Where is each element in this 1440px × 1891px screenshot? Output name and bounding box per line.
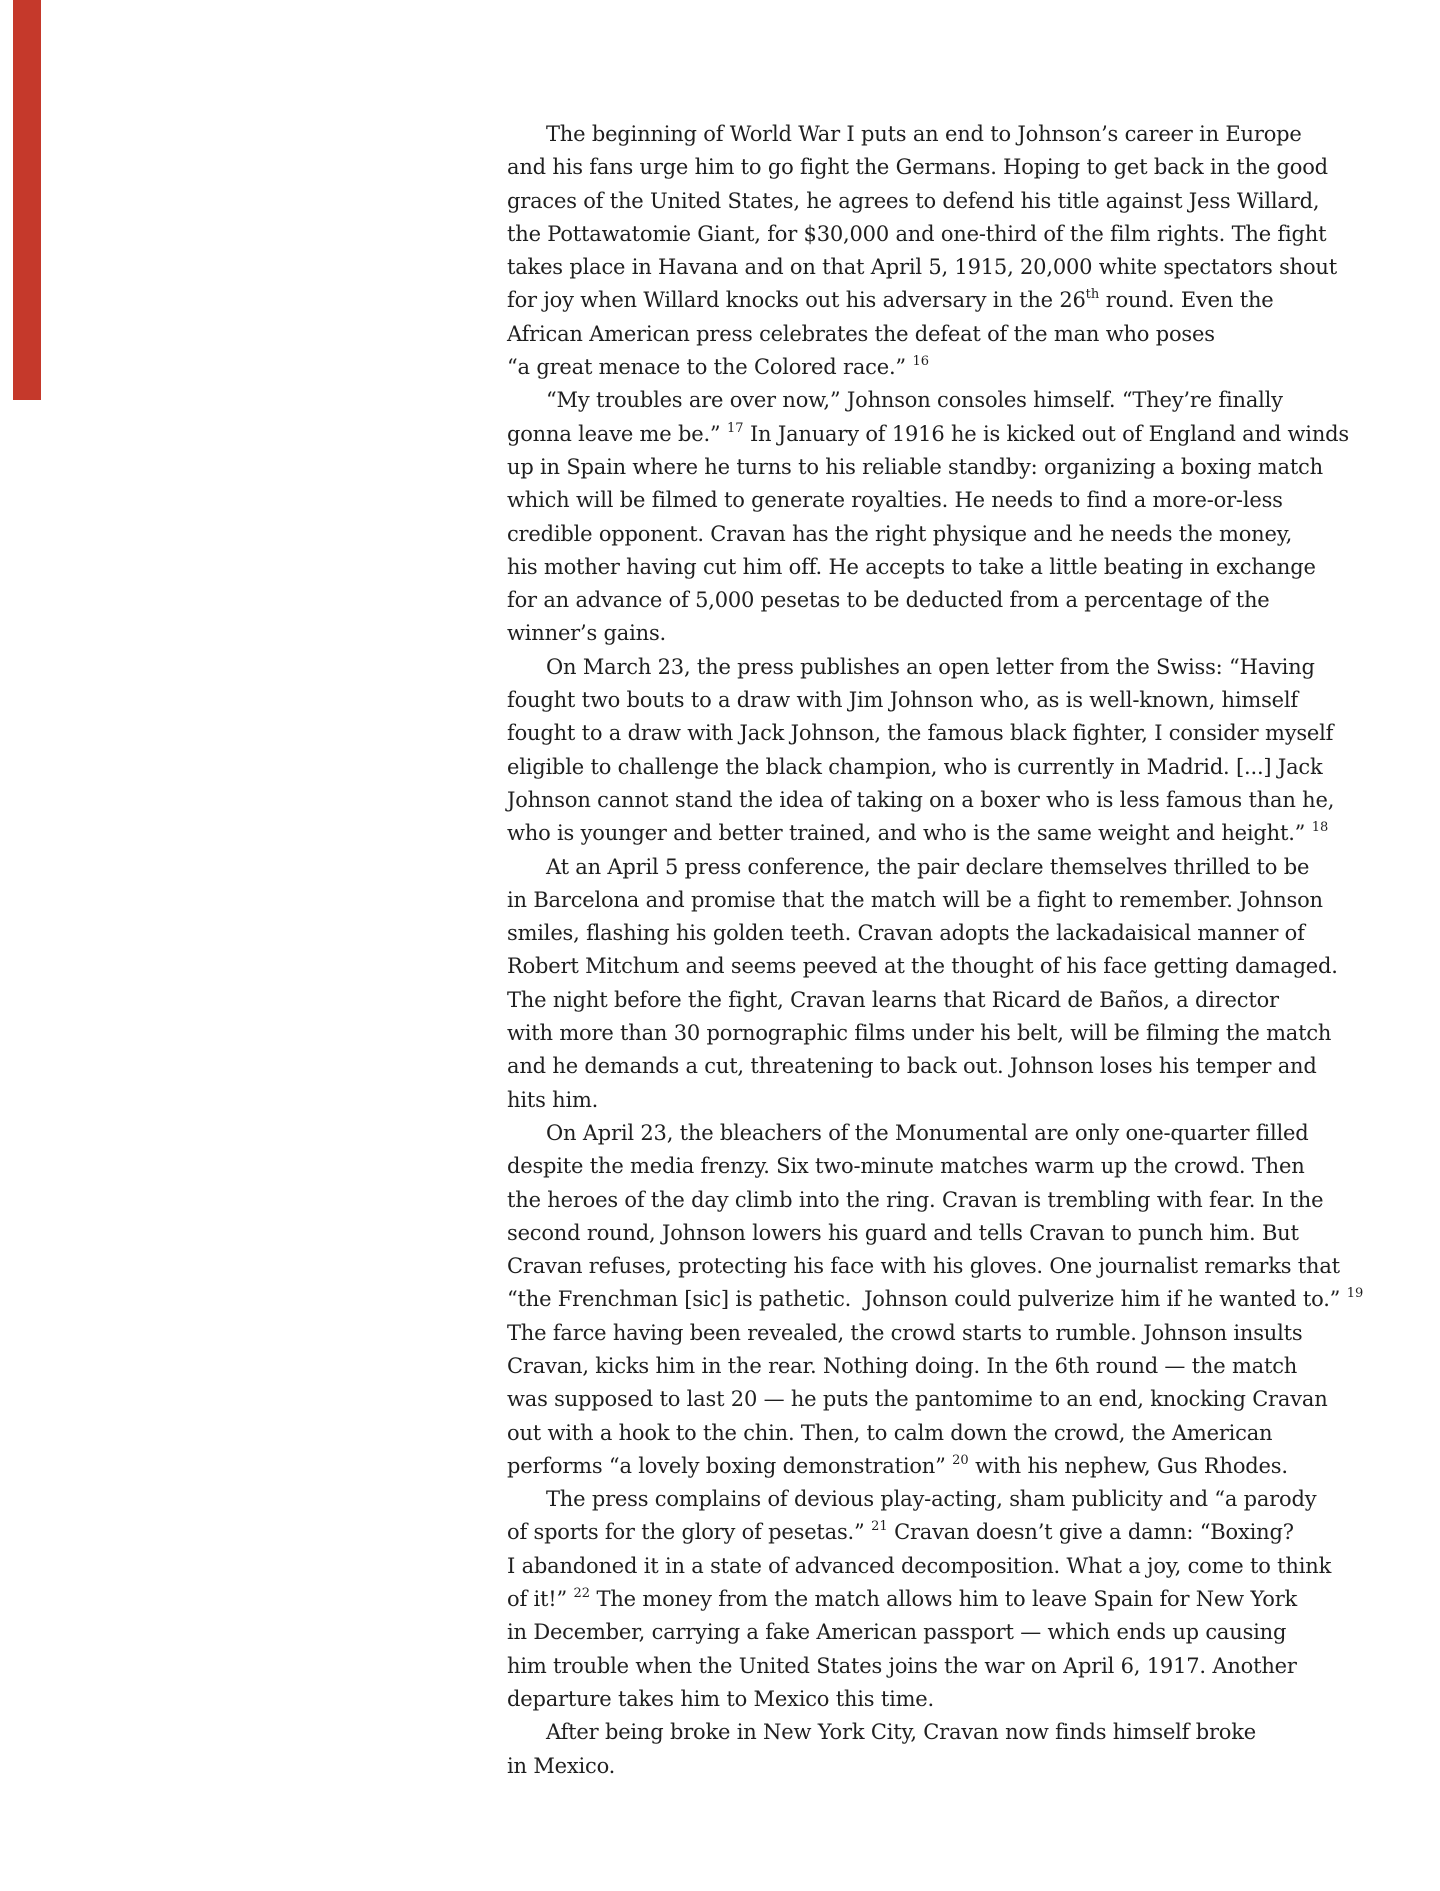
text-line: On April 23, the bleachers of the Monume…: [507, 1117, 1347, 1150]
text-line: departure takes him to Mexico this time.: [507, 1683, 1347, 1716]
text-line: smiles, flashing his golden teeth. Crava…: [507, 917, 1347, 950]
superscript-note: th: [1086, 287, 1100, 302]
text-line: The press complains of devious play-acti…: [507, 1483, 1347, 1516]
superscript-note: 18: [1312, 820, 1329, 835]
text-line: African American press celebrates the de…: [507, 318, 1347, 351]
text-line: second round, Johnson lowers his guard a…: [507, 1217, 1347, 1250]
text-line: The night before the fight, Cravan learn…: [507, 984, 1347, 1017]
red-margin-tab: [13, 0, 41, 400]
text-line: At an April 5 press conference, the pair…: [507, 851, 1347, 884]
text-line: fought to a draw with Jack Johnson, the …: [507, 717, 1347, 750]
paragraph: At an April 5 press conference, the pair…: [507, 851, 1347, 1117]
book-page: The beginning of World War I puts an end…: [0, 0, 1440, 1891]
text-line: The beginning of World War I puts an end…: [507, 118, 1347, 151]
paragraph: The press complains of devious play-acti…: [507, 1483, 1347, 1716]
text-line: Cravan refuses, protecting his face with…: [507, 1250, 1347, 1283]
text-line: “My troubles are over now,” Johnson cons…: [507, 384, 1347, 417]
text-line: Robert Mitchum and seems peeved at the t…: [507, 950, 1347, 983]
text-line: performs “a lovely boxing demonstration”…: [507, 1450, 1347, 1483]
text-line: I abandoned it in a state of advanced de…: [507, 1550, 1347, 1583]
superscript-note: 22: [574, 1586, 591, 1601]
text-line: despite the media frenzy. Six two-minute…: [507, 1150, 1347, 1183]
text-line: “the Frenchman [sic] is pathetic. Johnso…: [507, 1283, 1347, 1316]
paragraph: On March 23, the press publishes an open…: [507, 651, 1347, 851]
text-line: with more than 30 pornographic films und…: [507, 1017, 1347, 1050]
text-line: gonna leave me be.” 17 In January of 191…: [507, 418, 1347, 451]
paragraph: On April 23, the bleachers of the Monume…: [507, 1117, 1347, 1483]
superscript-note: 21: [871, 1519, 888, 1534]
text-line: his mother having cut him off. He accept…: [507, 551, 1347, 584]
text-line: “a great menace to the Colored race.” 16: [507, 351, 1347, 384]
text-line: was supposed to last 20 — he puts the pa…: [507, 1383, 1347, 1416]
text-line: in Mexico.: [507, 1750, 1347, 1783]
paragraph: The beginning of World War I puts an end…: [507, 118, 1347, 384]
text-line: Cravan, kicks him in the rear. Nothing d…: [507, 1350, 1347, 1383]
paragraph: “My troubles are over now,” Johnson cons…: [507, 384, 1347, 650]
superscript-note: 16: [912, 354, 929, 369]
text-line: of it!” 22 The money from the match allo…: [507, 1583, 1347, 1616]
superscript-note: 20: [952, 1453, 969, 1468]
text-line: who is younger and better trained, and w…: [507, 817, 1347, 850]
text-line: of sports for the glory of pesetas.” 21 …: [507, 1516, 1347, 1549]
text-line: takes place in Havana and on that April …: [507, 251, 1347, 284]
superscript-note: 19: [1347, 1286, 1364, 1301]
text-line: for an advance of 5,000 pesetas to be de…: [507, 584, 1347, 617]
text-line: hits him.: [507, 1084, 1347, 1117]
superscript-note: 17: [727, 421, 744, 436]
paragraph: After being broke in New York City, Crav…: [507, 1716, 1347, 1783]
text-line: the Pottawatomie Giant, for $30,000 and …: [507, 218, 1347, 251]
text-line: for joy when Willard knocks out his adve…: [507, 284, 1347, 317]
text-line: the heroes of the day climb into the rin…: [507, 1184, 1347, 1217]
text-line: Johnson cannot stand the idea of taking …: [507, 784, 1347, 817]
text-line: in December, carrying a fake American pa…: [507, 1616, 1347, 1649]
text-line: him trouble when the United States joins…: [507, 1650, 1347, 1683]
text-line: After being broke in New York City, Crav…: [507, 1716, 1347, 1749]
text-line: The farce having been revealed, the crow…: [507, 1317, 1347, 1350]
text-line: credible opponent. Cravan has the right …: [507, 518, 1347, 551]
text-line: fought two bouts to a draw with Jim John…: [507, 684, 1347, 717]
text-line: in Barcelona and promise that the match …: [507, 884, 1347, 917]
text-line: graces of the United States, he agrees t…: [507, 185, 1347, 218]
text-line: winner’s gains.: [507, 617, 1347, 650]
text-line: On March 23, the press publishes an open…: [507, 651, 1347, 684]
body-text: The beginning of World War I puts an end…: [507, 118, 1347, 1783]
text-line: up in Spain where he turns to his reliab…: [507, 451, 1347, 484]
text-line: and he demands a cut, threatening to bac…: [507, 1050, 1347, 1083]
text-line: out with a hook to the chin. Then, to ca…: [507, 1417, 1347, 1450]
text-line: which will be filmed to generate royalti…: [507, 484, 1347, 517]
text-line: and his fans urge him to go fight the Ge…: [507, 151, 1347, 184]
text-line: eligible to challenge the black champion…: [507, 751, 1347, 784]
